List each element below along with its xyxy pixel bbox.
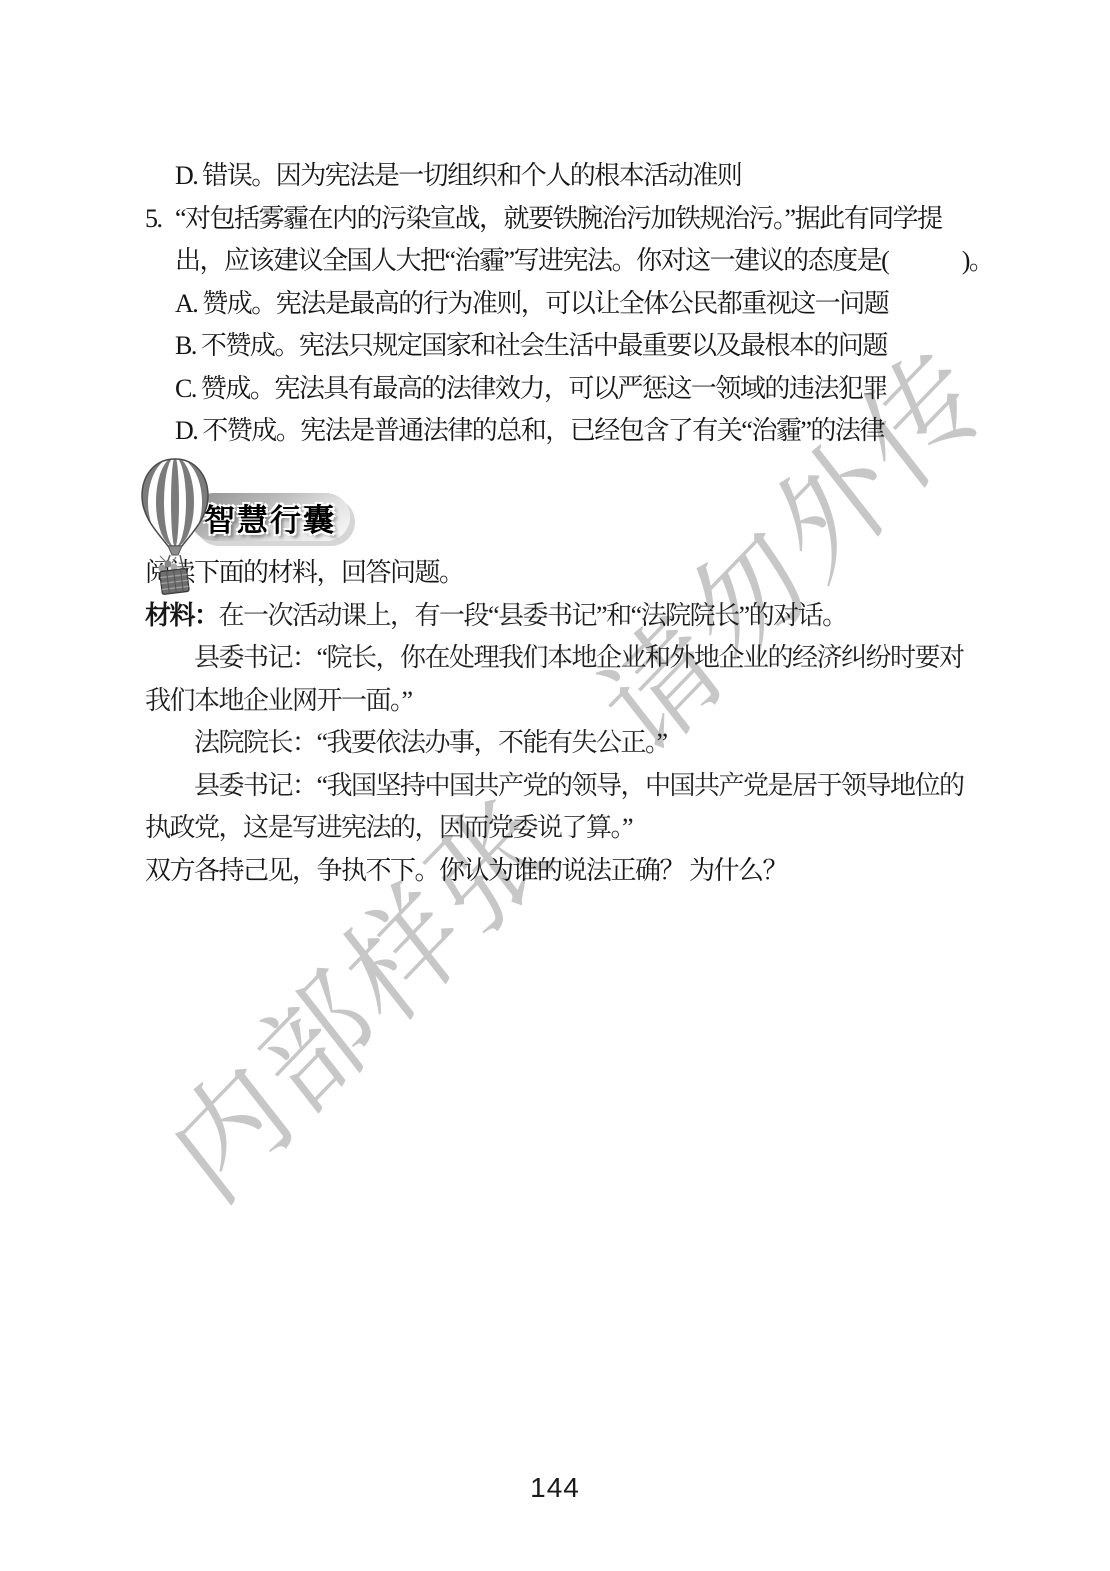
- question4-option-d: D. 错误。因为宪法是一切组织和个人的根本活动准则: [145, 155, 1005, 198]
- dialogue-line: 县委书记：“我国坚持中国共产党的领导，中国共产党是居于领导地位的: [145, 765, 1005, 808]
- material-label-text: 在一次活动课上，有一段“县委书记”和“法院院长”的对话。: [219, 601, 847, 630]
- section-title: 智慧行囊: [204, 495, 336, 540]
- question5-number: 5.: [145, 198, 175, 241]
- question5-option-a: A. 赞成。宪法是最高的行为准则，可以让全体公民都重视这一问题: [145, 283, 1005, 326]
- question5-stem-line2: 出，应该建议全国人大把“治霾”写进宪法。你对这一建议的态度是( )。: [145, 240, 1005, 283]
- basket-plants: [159, 556, 178, 572]
- section-header-badge: 智慧行囊: [190, 493, 350, 541]
- question5-option-c: C. 赞成。宪法具有最高的法律效力，可以严惩这一领域的违法犯罪: [145, 368, 1005, 411]
- hot-air-balloon-icon: [136, 456, 214, 606]
- dialogue-line: 执政党，这是写进宪法的，因而党委说了算。”: [145, 807, 1005, 850]
- dialogue-line: 法院院长：“我要依法办事，不能有失公正。”: [145, 722, 1005, 765]
- material-intro: 阅读下面的材料，回答问题。: [145, 552, 1005, 595]
- dialogue-line: 我们本地企业网开一面。”: [145, 680, 1005, 723]
- dialogue-line: 县委书记：“院长，你在处理我们本地企业和外地企业的经济纠纷时要对: [145, 637, 1005, 680]
- question5-stem-line1: 5. “对包括雾霾在内的污染宣战，就要铁腕治污加铁规治污。”据此有同学提: [145, 198, 1005, 241]
- material-question: 双方各持己见，争执不下。你认为谁的说法正确？ 为什么？: [145, 850, 1005, 893]
- material-block: 阅读下面的材料，回答问题。 材料：在一次活动课上，有一段“县委书记”和“法院院长…: [145, 552, 1005, 892]
- question-block: D. 错误。因为宪法是一切组织和个人的根本活动准则 5. “对包括雾霾在内的污染…: [145, 155, 1005, 453]
- material-label-line: 材料：在一次活动课上，有一段“县委书记”和“法院院长”的对话。: [145, 595, 1005, 638]
- question5-stem-text1: “对包括雾霾在内的污染宣战，就要铁腕治污加铁规治污。”据此有同学提: [175, 198, 942, 241]
- page-number: 144: [0, 1472, 1110, 1504]
- workbook-page: 内部样张 请勿外传 D. 错误。因为宪法是一切组织和个人的根本活动准则 5. “…: [0, 0, 1110, 1571]
- question5-option-d: D. 不赞成。宪法是普通法律的总和，已经包含了有关“治霾”的法律: [145, 410, 1005, 453]
- question5-option-b: B. 不赞成。宪法只规定国家和社会生活中最重要以及最根本的问题: [145, 325, 1005, 368]
